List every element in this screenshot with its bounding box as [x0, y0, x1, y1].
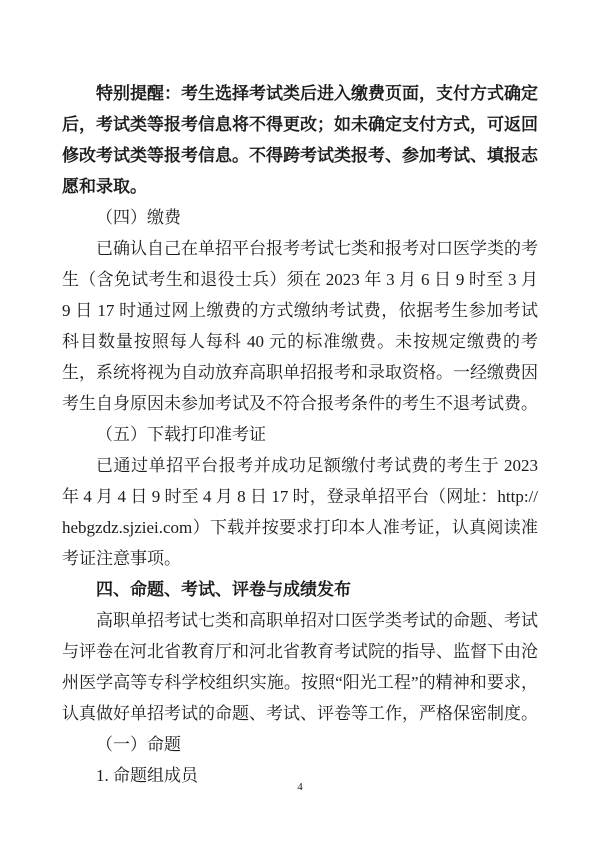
heading-subsection-1: （一）命题	[62, 729, 538, 760]
paragraph-chapter-4-intro: 高职单招考试七类和高职单招对口医学类考试的命题、考试与评卷在河北省教育厅和河北省…	[62, 605, 538, 729]
document-page: 特别提醒：考生选择考试类后进入缴费页面，支付方式确定后，考试类等报考信息将不得更…	[0, 0, 600, 848]
document-content: 特别提醒：考生选择考试类后进入缴费页面，支付方式确定后，考试类等报考信息将不得更…	[62, 78, 538, 791]
paragraph-special-notice: 特别提醒：考生选择考试类后进入缴费页面，支付方式确定后，考试类等报考信息将不得更…	[62, 78, 538, 202]
paragraph-print-ticket-details: 已通过单招平台报考并成功足额缴付考试费的考生于 2023 年 4 月 4 日 9…	[62, 450, 538, 574]
heading-chapter-4: 四、命题、考试、评卷与成绩发布	[62, 574, 538, 605]
heading-section-payment: （四）缴费	[62, 202, 538, 233]
paragraph-payment-details: 已确认自己在单招平台报考考试七类和报考对口医学类的考生（含免试考生和退役士兵）须…	[62, 233, 538, 419]
heading-section-print-ticket: （五）下载打印准考证	[62, 419, 538, 450]
page-number: 4	[0, 780, 600, 794]
